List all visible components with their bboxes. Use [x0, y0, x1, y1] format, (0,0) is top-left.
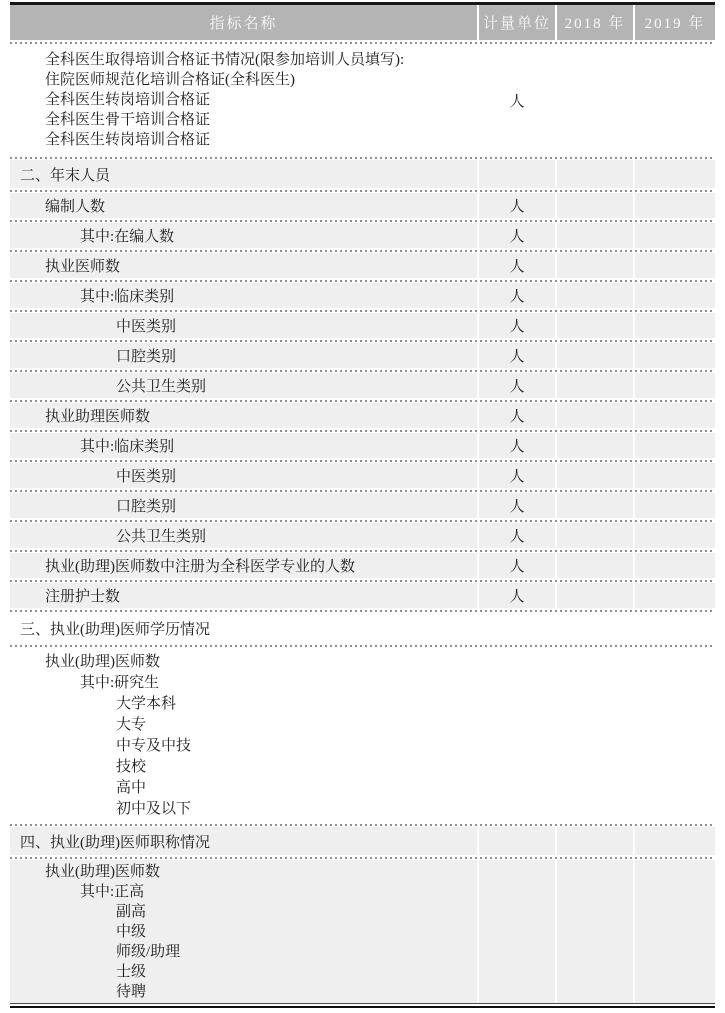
- form-line: 中专及中技: [10, 736, 477, 757]
- table-row: 口腔类别 人: [10, 343, 715, 368]
- value-cell-2018: [557, 493, 633, 518]
- value-cell-2019: [635, 493, 715, 518]
- table-row: 执业(助理)医师数中注册为全科医学专业的人数 人: [10, 553, 715, 578]
- indicator-cell: 中医类别: [10, 313, 477, 338]
- table-row: 其中:临床类别 人: [10, 283, 715, 308]
- form-line: 技校: [10, 757, 477, 778]
- value-cell-2018: [557, 860, 633, 1003]
- table-header-row: 指标名称 计量单位 2018 年 2019 年: [10, 5, 715, 40]
- value-cell-2018: [557, 523, 633, 548]
- value-cell-2018: [557, 403, 633, 428]
- row-separator: [10, 218, 715, 223]
- unit-cell: 人: [479, 343, 555, 368]
- value-cell-2018: [557, 553, 633, 578]
- form-line: 全科医生转岗培训合格证: [10, 90, 477, 110]
- form-line: 住院医师规范化培训合格证(全科医生): [10, 70, 477, 90]
- row-separator: [10, 248, 715, 253]
- row-separator: [10, 855, 715, 860]
- table-row: 公共卫生类别 人: [10, 373, 715, 398]
- unit-cell: 人: [479, 45, 555, 155]
- unit-cell: 人: [479, 253, 555, 278]
- block-gp-certificates: 全科医生取得培训合格证书情况(限参加培训人员填写): 住院医师规范化培训合格证(…: [10, 45, 715, 155]
- value-cell-2018: [557, 613, 633, 643]
- table-row: 公共卫生类别 人: [10, 523, 715, 548]
- indicator-cell: 注册护士数: [10, 583, 477, 608]
- unit-cell: 人: [479, 523, 555, 548]
- value-cell-2018: [557, 160, 633, 188]
- form-line: 中级: [10, 922, 477, 942]
- form-line: 大学本科: [10, 694, 477, 715]
- indicator-cell: 编制人数: [10, 193, 477, 218]
- row-separator: [10, 458, 715, 463]
- indicator-cell: 全科医生取得培训合格证书情况(限参加培训人员填写): 住院医师规范化培训合格证(…: [10, 45, 477, 155]
- indicator-cell: 执业医师数: [10, 253, 477, 278]
- value-cell-2019: [635, 373, 715, 398]
- table-row: 执业医师数 人: [10, 253, 715, 278]
- value-cell-2019: [635, 553, 715, 578]
- table-row: 口腔类别 人: [10, 493, 715, 518]
- form-line: 师级/助理: [10, 942, 477, 962]
- value-cell-2019: [635, 648, 715, 822]
- value-cell-2019: [635, 160, 715, 188]
- value-cell-2019: [635, 827, 715, 855]
- header-unit: 计量单位: [479, 5, 555, 40]
- unit-cell: 人: [479, 223, 555, 248]
- value-cell-2019: [635, 193, 715, 218]
- value-cell-2019: [635, 613, 715, 643]
- row-separator: [10, 518, 715, 523]
- value-cell-2019: [635, 860, 715, 1003]
- table-row: 执业助理医师数 人: [10, 403, 715, 428]
- value-cell-2018: [557, 223, 633, 248]
- value-cell-2019: [635, 313, 715, 338]
- unit-cell: 人: [479, 313, 555, 338]
- form-line: 执业(助理)医师数: [10, 862, 477, 882]
- indicator-cell: 口腔类别: [10, 343, 477, 368]
- row-separator: [10, 488, 715, 493]
- table-row: 编制人数 人: [10, 193, 715, 218]
- header-2018: 2018 年: [557, 5, 633, 40]
- section-title: 三、执业(助理)医师学历情况: [10, 613, 477, 643]
- row-separator: [10, 643, 715, 648]
- form-line: 初中及以下: [10, 799, 477, 820]
- unit-cell: 人: [479, 583, 555, 608]
- table-row: 中医类别 人: [10, 463, 715, 488]
- unit-cell: [479, 613, 555, 643]
- value-cell-2019: [635, 583, 715, 608]
- section-title: 四、执业(助理)医师职称情况: [10, 827, 477, 855]
- indicator-cell: 执业(助理)医师数 其中:正高 副高 中级 师级/助理 士级 待聘: [10, 860, 477, 1003]
- value-cell-2018: [557, 373, 633, 398]
- section-header-row: 二、年末人员: [10, 160, 715, 188]
- value-cell-2019: [635, 223, 715, 248]
- indicator-cell: 其中:临床类别: [10, 283, 477, 308]
- indicator-cell: 执业助理医师数: [10, 403, 477, 428]
- unit-cell: [479, 827, 555, 855]
- header-indicator: 指标名称: [10, 5, 477, 40]
- row-separator: [10, 608, 715, 613]
- form-line: 待聘: [10, 982, 477, 1002]
- form-line: 大专: [10, 715, 477, 736]
- indicator-cell: 公共卫生类别: [10, 373, 477, 398]
- unit-cell: 人: [479, 553, 555, 578]
- row-separator: [10, 578, 715, 583]
- row-separator: [10, 398, 715, 403]
- unit-cell: 人: [479, 493, 555, 518]
- form-line: 高中: [10, 778, 477, 799]
- unit-cell: 人: [479, 193, 555, 218]
- row-separator: [10, 368, 715, 373]
- row-separator: [10, 338, 715, 343]
- form-line: 全科医生取得培训合格证书情况(限参加培训人员填写):: [10, 50, 477, 70]
- value-cell-2018: [557, 648, 633, 822]
- indicator-cell: 执业(助理)医师数 其中:研究生 大学本科 大专 中专及中技 技校 高中 初中及…: [10, 648, 477, 822]
- value-cell-2019: [635, 253, 715, 278]
- value-cell-2019: [635, 45, 715, 155]
- section-header-row: 四、执业(助理)医师职称情况: [10, 827, 715, 855]
- value-cell-2019: [635, 523, 715, 548]
- form-line: 副高: [10, 902, 477, 922]
- table-row: 其中:在编人数 人: [10, 223, 715, 248]
- value-cell-2018: [557, 45, 633, 155]
- section-header-row: 三、执业(助理)医师学历情况: [10, 613, 715, 643]
- header-2019: 2019 年: [635, 5, 715, 40]
- row-separator: [10, 822, 715, 827]
- row-separator: [10, 548, 715, 553]
- row-separator: [10, 188, 715, 193]
- table-row: 中医类别 人: [10, 313, 715, 338]
- form-line: 全科医生转岗培训合格证: [10, 130, 477, 150]
- unit-cell: [479, 860, 555, 1003]
- form-line: 其中:正高: [10, 882, 477, 902]
- unit-cell: 人: [479, 373, 555, 398]
- value-cell-2019: [635, 283, 715, 308]
- unit-cell: 人: [479, 433, 555, 458]
- value-cell-2018: [557, 253, 633, 278]
- value-cell-2019: [635, 343, 715, 368]
- form-line: 执业(助理)医师数: [10, 652, 477, 673]
- unit-cell: 人: [479, 463, 555, 488]
- value-cell-2018: [557, 433, 633, 458]
- row-separator: [10, 155, 715, 160]
- table-bottom-rule-thick: [10, 1006, 715, 1008]
- indicator-cell: 口腔类别: [10, 493, 477, 518]
- indicator-cell: 中医类别: [10, 463, 477, 488]
- indicator-cell: 公共卫生类别: [10, 523, 477, 548]
- value-cell-2018: [557, 193, 633, 218]
- unit-cell: [479, 648, 555, 822]
- section-title: 二、年末人员: [10, 160, 477, 188]
- row-separator: [10, 308, 715, 313]
- value-cell-2019: [635, 463, 715, 488]
- indicator-cell: 其中:在编人数: [10, 223, 477, 248]
- unit-cell: 人: [479, 283, 555, 308]
- form-line: 士级: [10, 962, 477, 982]
- value-cell-2018: [557, 583, 633, 608]
- block-physician-titles: 执业(助理)医师数 其中:正高 副高 中级 师级/助理 士级 待聘: [10, 860, 715, 1003]
- row-separator: [10, 40, 715, 45]
- indicator-cell: 执业(助理)医师数中注册为全科医学专业的人数: [10, 553, 477, 578]
- block-physician-education: 执业(助理)医师数 其中:研究生 大学本科 大专 中专及中技 技校 高中 初中及…: [10, 648, 715, 822]
- row-separator: [10, 428, 715, 433]
- value-cell-2019: [635, 403, 715, 428]
- value-cell-2018: [557, 463, 633, 488]
- value-cell-2018: [557, 827, 633, 855]
- table-row: 注册护士数 人: [10, 583, 715, 608]
- value-cell-2018: [557, 343, 633, 368]
- form-page: 指标名称 计量单位 2018 年 2019 年 全科医生取得培训合格证书情况(限…: [0, 0, 725, 1013]
- indicator-cell: 其中:临床类别: [10, 433, 477, 458]
- value-cell-2018: [557, 313, 633, 338]
- form-line: 其中:研究生: [10, 673, 477, 694]
- value-cell-2019: [635, 433, 715, 458]
- unit-cell: 人: [479, 403, 555, 428]
- row-separator: [10, 278, 715, 283]
- table-row: 其中:临床类别 人: [10, 433, 715, 458]
- form-line: 全科医生骨干培训合格证: [10, 110, 477, 130]
- value-cell-2018: [557, 283, 633, 308]
- unit-cell: [479, 160, 555, 188]
